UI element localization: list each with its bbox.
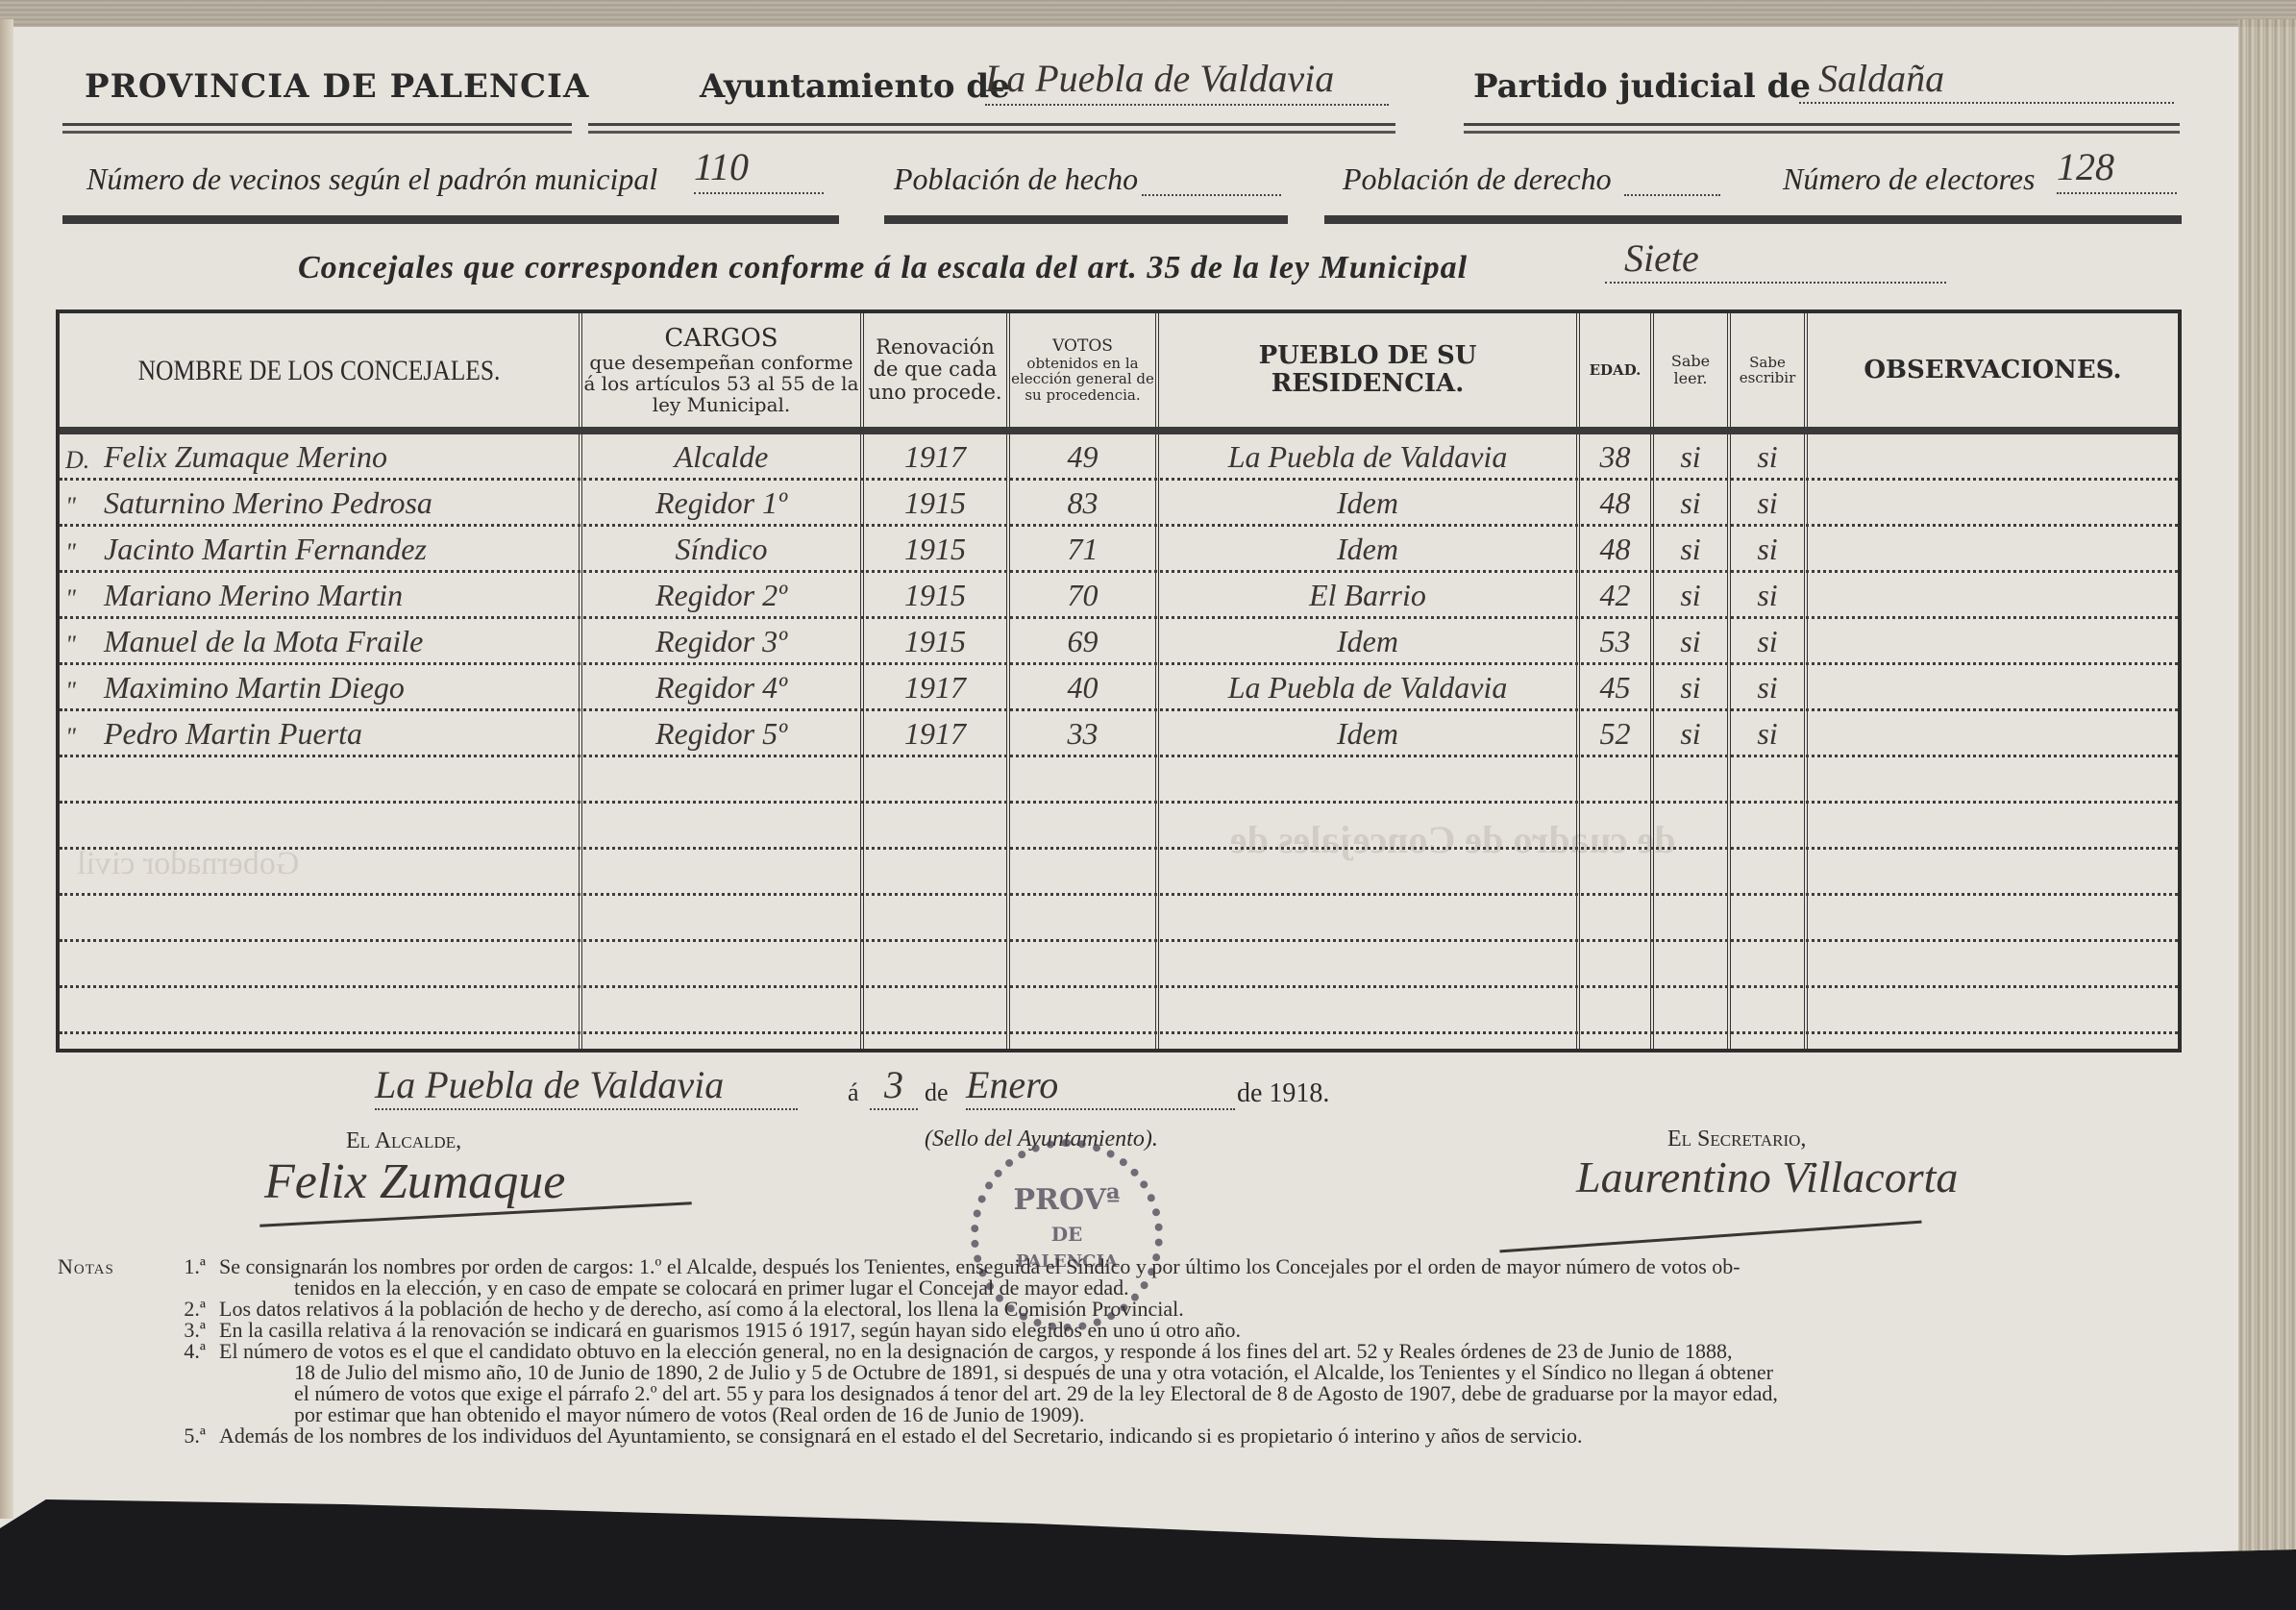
- note-number: 2.ª: [142, 1299, 219, 1320]
- note-line: Notas1.ªSe consignarán los nombres por o…: [58, 1256, 2191, 1277]
- cell-votos[interactable]: [1010, 850, 1155, 896]
- cell-pueblo[interactable]: [1159, 757, 1576, 804]
- vecinos-field[interactable]: 110: [694, 144, 824, 194]
- note-text: tenidos en la elección, y en caso de emp…: [219, 1277, 2191, 1299]
- cell-renovacion[interactable]: [864, 850, 1006, 896]
- cell-observaciones[interactable]: [1808, 850, 2178, 896]
- cell-nombre[interactable]: [60, 757, 579, 804]
- cell-pueblo[interactable]: [1159, 850, 1576, 896]
- table-row: "Saturnino Merino PedrosaRegidor 1º19158…: [60, 481, 2178, 527]
- note-line: el número de votos que exige el párrafo …: [58, 1383, 2191, 1404]
- cell-votos[interactable]: [1010, 942, 1155, 988]
- table-row: "Maximino Martin DiegoRegidor 4º191740La…: [60, 665, 2178, 711]
- cell-renovacion[interactable]: [864, 804, 1006, 850]
- cell-escribir[interactable]: si: [1731, 665, 1804, 711]
- book-left-edge: [0, 19, 13, 1519]
- cell-cargo[interactable]: Regidor 4º: [582, 665, 860, 711]
- notes-label: [58, 1341, 142, 1362]
- note-text: El número de votos es el que el candidat…: [219, 1341, 2191, 1362]
- day-field[interactable]: 3: [870, 1062, 918, 1110]
- notes-label: [58, 1320, 142, 1341]
- note-text: por estimar que han obtenido el mayor nú…: [219, 1404, 2191, 1425]
- header-sabe-leer: Sabe leer.: [1654, 313, 1727, 427]
- divider: [62, 123, 572, 134]
- cell-renovacion[interactable]: [864, 896, 1006, 942]
- notes-label: [58, 1383, 142, 1404]
- cell-nombre[interactable]: Felix Zumaque Merino: [60, 434, 579, 481]
- cell-cargo[interactable]: [582, 988, 860, 1034]
- empty-table-row: [60, 896, 2178, 942]
- cell-observaciones[interactable]: [1808, 434, 2178, 481]
- partido-field[interactable]: Saldaña: [1799, 56, 2174, 104]
- cell-cargo[interactable]: [582, 896, 860, 942]
- empty-table-row: [60, 757, 2178, 804]
- poblacion-derecho-field[interactable]: [1624, 183, 1720, 196]
- note-number: 5.ª: [142, 1425, 219, 1447]
- cell-leer[interactable]: si: [1654, 665, 1727, 711]
- note-text: Se consignarán los nombres por orden de …: [219, 1256, 2191, 1277]
- cell-leer[interactable]: si: [1654, 434, 1727, 481]
- divider: [62, 215, 839, 224]
- cell-observaciones[interactable]: [1808, 665, 2178, 711]
- cell-leer[interactable]: si: [1654, 527, 1727, 573]
- cell-edad[interactable]: 38: [1580, 434, 1650, 481]
- partido-label: Partido judicial de: [1473, 67, 1811, 106]
- cell-cargo[interactable]: [582, 804, 860, 850]
- cell-observaciones[interactable]: [1808, 527, 2178, 573]
- cell-cargo[interactable]: Regidor 2º: [582, 573, 860, 619]
- month-field[interactable]: Enero: [966, 1062, 1235, 1110]
- note-number: [142, 1404, 219, 1425]
- table-row: "Mariano Merino MartinRegidor 2º191570El…: [60, 573, 2178, 619]
- header-sabe-escribir: Sabe escribir: [1731, 313, 1804, 427]
- notes-label: Notas: [58, 1256, 142, 1277]
- header-nombre: NOMBRE DE LOS CONCEJALES.: [99, 313, 540, 427]
- empty-table-row: [60, 988, 2178, 1034]
- cell-edad[interactable]: [1580, 804, 1650, 850]
- book-top-edge: [0, 0, 2296, 27]
- cell-cargo[interactable]: Alcalde: [582, 434, 860, 481]
- cell-renovacion[interactable]: 1915: [864, 481, 1006, 527]
- cell-edad[interactable]: 48: [1580, 481, 1650, 527]
- table-row: "Pedro Martin PuertaRegidor 5º191733Idem…: [60, 711, 2178, 757]
- header-pueblo: PUEBLO DE SU RESIDENCIA.: [1159, 313, 1576, 427]
- document-page: Gobernador civil de cuadro de Concejales…: [0, 0, 2296, 1610]
- cell-observaciones[interactable]: [1808, 619, 2178, 665]
- cell-nombre[interactable]: [60, 896, 579, 942]
- note-text: Los datos relativos á la población de he…: [219, 1299, 2191, 1320]
- cell-pueblo[interactable]: [1159, 942, 1576, 988]
- cell-observaciones[interactable]: [1808, 942, 2178, 988]
- concejales-table: NOMBRE DE LOS CONCEJALES. CARGOS que des…: [56, 310, 2182, 1053]
- cell-edad[interactable]: [1580, 942, 1650, 988]
- cell-leer[interactable]: si: [1654, 481, 1727, 527]
- cell-cargo[interactable]: [582, 850, 860, 896]
- header-renovacion: Renovación de que cada uno procede.: [864, 313, 1006, 427]
- cell-votos[interactable]: [1010, 757, 1155, 804]
- cell-votos[interactable]: 40: [1010, 665, 1155, 711]
- signature-flourish: [1499, 1221, 1921, 1253]
- cell-cargo[interactable]: [582, 942, 860, 988]
- concejales-label: Concejales que corresponden conforme á l…: [298, 250, 1468, 286]
- header-cargos: CARGOS que desempeñan conforme á los art…: [582, 313, 860, 427]
- cell-edad[interactable]: [1580, 988, 1650, 1034]
- note-number: 1.ª: [142, 1256, 219, 1277]
- cell-leer[interactable]: [1654, 942, 1727, 988]
- cell-votos[interactable]: [1010, 988, 1155, 1034]
- notes-label: [58, 1299, 142, 1320]
- cell-observaciones[interactable]: [1808, 711, 2178, 757]
- cell-votos[interactable]: 49: [1010, 434, 1155, 481]
- note-text: el número de votos que exige el párrafo …: [219, 1383, 2191, 1404]
- cell-edad[interactable]: 42: [1580, 573, 1650, 619]
- cell-renovacion[interactable]: [864, 988, 1006, 1034]
- cell-leer[interactable]: si: [1654, 619, 1727, 665]
- province-title: PROVINCIA DE PALENCIA: [85, 67, 589, 106]
- cell-pueblo[interactable]: [1159, 804, 1576, 850]
- alcalde-label: El Alcalde,: [346, 1128, 461, 1154]
- notes-label: [58, 1362, 142, 1383]
- cell-pueblo[interactable]: La Puebla de Valdavia: [1159, 434, 1576, 481]
- cell-renovacion[interactable]: 1915: [864, 527, 1006, 573]
- date-de-text: de: [925, 1078, 949, 1107]
- cell-escribir[interactable]: si: [1731, 481, 1804, 527]
- table-row: "Manuel de la Mota FraileRegidor 3º19156…: [60, 619, 2178, 665]
- notes-label: [58, 1425, 142, 1447]
- cell-pueblo[interactable]: Idem: [1159, 527, 1576, 573]
- cell-escribir[interactable]: [1731, 896, 1804, 942]
- secretario-label: El Secretario,: [1667, 1127, 1806, 1152]
- note-line: 3.ªEn la casilla relativa á la renovació…: [58, 1320, 2191, 1341]
- cell-leer[interactable]: [1654, 757, 1727, 804]
- cell-pueblo[interactable]: Idem: [1159, 711, 1576, 757]
- cell-observaciones[interactable]: [1808, 896, 2178, 942]
- cell-renovacion[interactable]: [864, 757, 1006, 804]
- cell-nombre[interactable]: Maximino Martin Diego: [60, 665, 579, 711]
- secretario-signature: Laurentino Villacorta: [1576, 1152, 1958, 1202]
- cell-escribir[interactable]: [1731, 942, 1804, 988]
- divider: [1424, 215, 2182, 224]
- cell-cargo[interactable]: Síndico: [582, 527, 860, 573]
- header-votos: VOTOS obtenidos en la elección general d…: [1010, 313, 1155, 427]
- note-text: Además de los nombres de los individuos …: [219, 1425, 2191, 1447]
- cell-votos[interactable]: [1010, 804, 1155, 850]
- cell-observaciones[interactable]: [1808, 573, 2178, 619]
- cell-pueblo[interactable]: El Barrio: [1159, 573, 1576, 619]
- cell-observaciones[interactable]: [1808, 757, 2178, 804]
- cell-edad[interactable]: [1580, 757, 1650, 804]
- note-line: tenidos en la elección, y en caso de emp…: [58, 1277, 2191, 1299]
- cell-escribir[interactable]: [1731, 988, 1804, 1034]
- cell-leer[interactable]: [1654, 850, 1727, 896]
- poblacion-hecho-field[interactable]: [1142, 183, 1281, 196]
- divider: [588, 123, 1395, 134]
- cell-renovacion[interactable]: 1915: [864, 573, 1006, 619]
- note-line: 4.ªEl número de votos es el que el candi…: [58, 1341, 2191, 1362]
- cell-pueblo[interactable]: [1159, 896, 1576, 942]
- cell-edad[interactable]: 45: [1580, 665, 1650, 711]
- cell-observaciones[interactable]: [1808, 804, 2178, 850]
- cell-nombre[interactable]: Pedro Martin Puerta: [60, 711, 579, 757]
- empty-table-row: [60, 850, 2178, 896]
- cell-escribir[interactable]: [1731, 804, 1804, 850]
- empty-table-row: [60, 804, 2178, 850]
- cell-leer[interactable]: [1654, 896, 1727, 942]
- cell-escribir[interactable]: si: [1731, 434, 1804, 481]
- book-right-edge: [2238, 19, 2296, 1557]
- cell-cargo[interactable]: [582, 757, 860, 804]
- cell-escribir[interactable]: si: [1731, 573, 1804, 619]
- table-row: "Jacinto Martin FernandezSíndico191571Id…: [60, 527, 2178, 573]
- cell-renovacion[interactable]: 1915: [864, 619, 1006, 665]
- ayuntamiento-label: Ayuntamiento de: [700, 67, 1010, 106]
- place-field[interactable]: La Puebla de Valdavia: [375, 1062, 798, 1110]
- cell-pueblo[interactable]: La Puebla de Valdavia: [1159, 665, 1576, 711]
- cell-pueblo[interactable]: Idem: [1159, 481, 1576, 527]
- alcalde-signature: Felix Zumaque: [264, 1153, 565, 1210]
- note-text: En la casilla relativa á la renovación s…: [219, 1320, 2191, 1341]
- note-text: 18 de Julio del mismo año, 10 de Junio d…: [219, 1362, 2191, 1383]
- cell-votos[interactable]: 70: [1010, 573, 1155, 619]
- cell-nombre[interactable]: [60, 988, 579, 1034]
- poblacion-derecho-label: Población de derecho: [1343, 161, 1612, 197]
- date-a-text: á: [848, 1078, 859, 1107]
- cell-nombre[interactable]: [60, 804, 579, 850]
- electores-label: Número de electores: [1783, 161, 2035, 197]
- divider: [1464, 123, 2180, 134]
- cell-votos[interactable]: 33: [1010, 711, 1155, 757]
- divider: [884, 215, 1288, 224]
- cell-edad[interactable]: 53: [1580, 619, 1650, 665]
- cell-edad[interactable]: [1580, 896, 1650, 942]
- note-number: [142, 1277, 219, 1299]
- header-divider: [60, 427, 2178, 434]
- vecinos-label: Número de vecinos según el padrón munici…: [86, 161, 657, 197]
- note-line: 18 de Julio del mismo año, 10 de Junio d…: [58, 1362, 2191, 1383]
- cell-escribir[interactable]: [1731, 757, 1804, 804]
- cell-nombre[interactable]: Mariano Merino Martin: [60, 573, 579, 619]
- cell-leer[interactable]: si: [1654, 573, 1727, 619]
- cell-pueblo[interactable]: [1159, 988, 1576, 1034]
- cell-cargo[interactable]: Regidor 5º: [582, 711, 860, 757]
- notes-section: Notas1.ªSe consignarán los nombres por o…: [58, 1256, 2191, 1447]
- header-observaciones: OBSERVACIONES.: [1808, 313, 2178, 427]
- note-line: por estimar que han obtenido el mayor nú…: [58, 1404, 2191, 1425]
- empty-table-row: [60, 942, 2178, 988]
- note-number: 3.ª: [142, 1320, 219, 1341]
- cell-leer[interactable]: [1654, 988, 1727, 1034]
- cell-escribir[interactable]: si: [1731, 711, 1804, 757]
- cell-escribir[interactable]: si: [1731, 527, 1804, 573]
- cell-cargo[interactable]: Regidor 1º: [582, 481, 860, 527]
- cell-renovacion[interactable]: 1917: [864, 665, 1006, 711]
- cell-nombre[interactable]: Manuel de la Mota Fraile: [60, 619, 579, 665]
- note-line: 2.ªLos datos relativos á la población de…: [58, 1299, 2191, 1320]
- note-number: [142, 1362, 219, 1383]
- cell-renovacion[interactable]: 1917: [864, 434, 1006, 481]
- cell-renovacion[interactable]: [864, 942, 1006, 988]
- cell-nombre[interactable]: [60, 942, 579, 988]
- notes-label: [58, 1277, 142, 1299]
- table-row: D.Felix Zumaque MerinoAlcalde191749La Pu…: [60, 434, 2178, 481]
- cell-nombre[interactable]: Jacinto Martin Fernandez: [60, 527, 579, 573]
- year-text: de 1918.: [1237, 1078, 1329, 1109]
- ayuntamiento-field[interactable]: La Puebla de Valdavia: [985, 56, 1389, 106]
- cell-escribir[interactable]: si: [1731, 619, 1804, 665]
- concejales-count-field[interactable]: Siete: [1605, 235, 1946, 284]
- cell-pueblo[interactable]: Idem: [1159, 619, 1576, 665]
- cell-observaciones[interactable]: [1808, 988, 2178, 1034]
- cell-cargo[interactable]: Regidor 3º: [582, 619, 860, 665]
- note-number: 4.ª: [142, 1341, 219, 1362]
- note-line: 5.ªAdemás de los nombres de los individu…: [58, 1425, 2191, 1447]
- cell-edad[interactable]: 48: [1580, 527, 1650, 573]
- cell-leer[interactable]: si: [1654, 711, 1727, 757]
- cell-votos[interactable]: 69: [1010, 619, 1155, 665]
- cell-renovacion[interactable]: 1917: [864, 711, 1006, 757]
- cell-escribir[interactable]: [1731, 850, 1804, 896]
- header-edad: EDAD.: [1580, 313, 1650, 427]
- notes-label: [58, 1404, 142, 1425]
- cell-votos[interactable]: 83: [1010, 481, 1155, 527]
- cell-leer[interactable]: [1654, 804, 1727, 850]
- cell-edad[interactable]: 52: [1580, 711, 1650, 757]
- cell-edad[interactable]: [1580, 850, 1650, 896]
- cell-votos[interactable]: [1010, 896, 1155, 942]
- electores-field[interactable]: 128: [2057, 144, 2177, 194]
- poblacion-hecho-label: Población de hecho: [894, 161, 1138, 197]
- cell-observaciones[interactable]: [1808, 481, 2178, 527]
- cell-votos[interactable]: 71: [1010, 527, 1155, 573]
- cell-nombre[interactable]: Saturnino Merino Pedrosa: [60, 481, 579, 527]
- cell-nombre[interactable]: [60, 850, 579, 896]
- note-number: [142, 1383, 219, 1404]
